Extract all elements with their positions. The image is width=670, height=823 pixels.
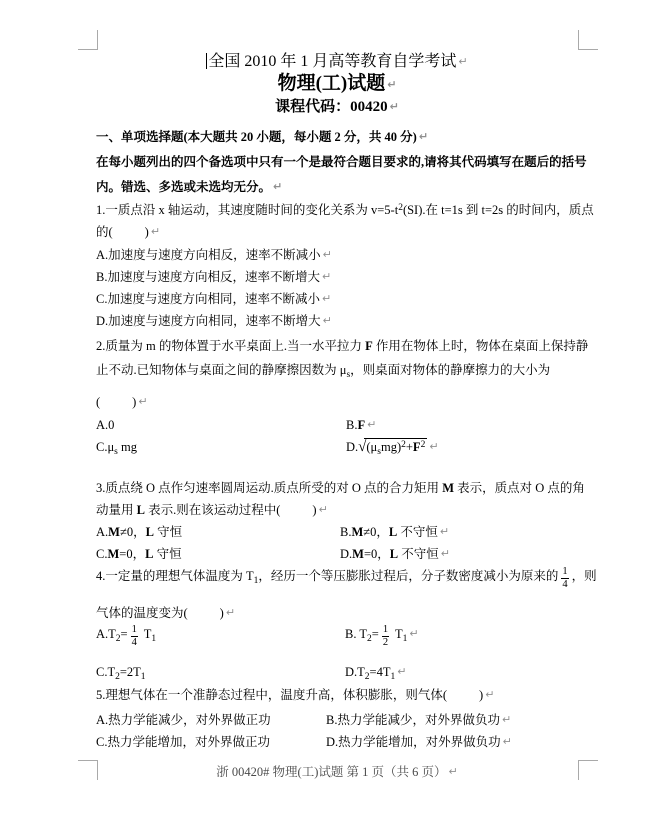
option-cell: C.M=0，L 守恒 [96, 547, 182, 561]
option-cell: C.T2=2T1 [96, 665, 146, 679]
option-cell: B.M≠0，L 不守恒↵ [340, 522, 449, 542]
return-mark: ↵ [320, 292, 331, 305]
options-row-q3r2: C.M=0，L 守恒D.M=0，L 不守恒↵ [96, 544, 578, 564]
text-run: 5.理想气体在一个准静态过程中，温度升高，体积膨胀，则气体( [96, 688, 447, 702]
text-run: =0， [364, 547, 390, 561]
text-run: 气体的温度变为( [96, 606, 188, 620]
question-q2p: ()↵ [96, 392, 578, 412]
text-run: B.加速度与速度方向相反，速率不断增大 [96, 270, 320, 284]
question-q2s2: 止不动.已知物体与桌面之间的静摩擦因数为 μs，则桌面对物体的静摩擦力的大小为 [96, 360, 578, 380]
option-cell: B. T2=12 T1↵ [345, 624, 419, 649]
options-row-q4r2: C.T2=2T1D.T2=4T1↵ [96, 662, 578, 682]
text-run: ≠0， [363, 525, 389, 539]
text-run: ) [312, 503, 316, 517]
text-run: ，经历一个等压膨胀过程后，分子数密度减小为原来的 [258, 569, 558, 583]
radicand: (μsmg)2+F2 [364, 438, 427, 458]
return-mark: ↵ [446, 765, 457, 778]
text-run: C.T [96, 665, 115, 679]
options-row-q5r1: A.热力学能减少，对外界做正功B.热力学能减少，对外界做负功↵ [96, 710, 578, 730]
text-run: = [372, 627, 379, 641]
text-run: C.加速度与速度方向相同，速率不断减小 [96, 292, 320, 306]
text-run: A.T [96, 627, 116, 641]
text-run: ，则 [572, 569, 597, 583]
option-cell: C.热力学能增加，对外界做正功 [96, 735, 270, 749]
text-run: mg [118, 440, 137, 454]
text-run: =2T [120, 665, 141, 679]
option-cell: A.0 [96, 418, 114, 432]
option-cell: B.F↵ [346, 415, 376, 435]
paper-title-text: 物理(工)试题 [278, 73, 386, 94]
text-run: A. [96, 525, 108, 539]
option-q1C: C.加速度与速度方向相同，速率不断减小↵ [96, 289, 578, 309]
fraction-numerator: 1 [382, 624, 389, 636]
text-run: A.加速度与速度方向相反，速率不断减小 [96, 248, 321, 262]
text-run: D. [340, 547, 352, 561]
page-footer-text: 浙 00420# 物理(工)试题 第 1 页（共 6 页） [216, 765, 446, 779]
exam-title-text: 全国 2010 年 1 月高等教育自学考试 [208, 53, 456, 70]
text-run: ( [96, 395, 100, 409]
return-mark: ↵ [320, 270, 331, 283]
paper-title: 物理(工)试题↵ [96, 72, 578, 96]
text-run: B.热力学能减少，对外界做负功 [326, 713, 500, 727]
section-heading-head: 一、单项选择题(本大题共 20 小题，每小题 2 分，共 40 分)↵ [96, 127, 578, 147]
fraction: 14 [131, 624, 138, 648]
option-cell: C.μs mg [96, 440, 137, 454]
bold-symbol: M [351, 525, 363, 539]
return-mark: ↵ [456, 55, 467, 68]
fraction: 14 [561, 566, 568, 590]
text-run: C.μ [96, 440, 114, 454]
bold-symbol: L [389, 525, 397, 539]
text-run: + [406, 440, 413, 454]
page-footer: 浙 00420# 物理(工)试题 第 1 页（共 6 页）↵ [96, 762, 578, 782]
question-q4s1: 4.一定量的理想气体温度为 T1，经历一个等压膨胀过程后，分子数密度减小为原来的… [96, 566, 578, 586]
instructions-in2: 内。错选、多选或未选均无分。↵ [96, 177, 578, 197]
text-run: 内。错选、多选或未选均无分。 [96, 180, 271, 194]
fraction-denominator: 2 [382, 636, 389, 649]
return-mark: ↵ [271, 180, 282, 193]
course-code-text: 课程代码：00420 [275, 99, 388, 115]
question-q1s2: 的()↵ [96, 222, 578, 242]
subscript: 1 [141, 672, 146, 682]
text-run: 表示，质点对 O 点的角 [454, 481, 585, 495]
option-cell: D.T2=4T1↵ [345, 662, 406, 683]
text-run: D. [346, 440, 358, 454]
bold-symbol: M [108, 525, 120, 539]
text-run: B. [346, 418, 357, 432]
return-mark: ↵ [136, 395, 147, 408]
option-q1B: B.加速度与速度方向相反，速率不断增大↵ [96, 267, 578, 287]
options-row-q5r2: C.热力学能增加，对外界做正功D.热力学能增加，对外界做负功↵ [96, 732, 578, 752]
return-mark: ↵ [500, 713, 511, 726]
text-run: C. [96, 547, 107, 561]
sqrt-expression: √(μsmg)2+F2 [358, 437, 427, 458]
option-cell: A.热力学能减少，对外界做正功 [96, 713, 271, 727]
option-q1A: A.加速度与速度方向相反，速率不断减小↵ [96, 245, 578, 265]
option-cell: D.热力学能增加，对外界做负功↵ [326, 732, 512, 752]
course-code: 课程代码：00420↵ [96, 97, 578, 117]
options-row-q2r2: C.μs mgD.√(μsmg)2+F2↵ [96, 437, 578, 457]
text-run: ，则桌面对物体的静摩擦力的大小为 [350, 363, 550, 377]
bold-symbol: L [137, 503, 145, 517]
return-mark: ↵ [365, 418, 376, 431]
return-mark: ↵ [395, 665, 406, 678]
return-mark: ↵ [438, 525, 449, 538]
return-mark: ↵ [385, 78, 396, 91]
bold-symbol: M [107, 547, 119, 561]
text-run: C.热力学能增加，对外界做正功 [96, 735, 270, 749]
text-run: 不守恒 [398, 547, 439, 561]
text-run: A.热力学能减少，对外界做正功 [96, 713, 271, 727]
bold-symbol: M [442, 481, 454, 495]
exam-title: 全国 2010 年 1 月高等教育自学考试↵ [96, 52, 578, 72]
word-document-page[interactable]: 全国 2010 年 1 月高等教育自学考试↵ 物理(工)试题↵ 课程代码：004… [0, 0, 670, 823]
bold-symbol: F [413, 440, 421, 454]
return-mark: ↵ [439, 547, 450, 560]
option-cell: A.T2=14 T1 [96, 627, 156, 641]
option-cell: D.M=0，L 不守恒↵ [340, 544, 450, 564]
superscript: 2 [421, 440, 426, 450]
subscript: 1 [151, 634, 156, 644]
return-mark: ↵ [317, 503, 328, 516]
text-run: 守恒 [153, 547, 181, 561]
instructions-in1: 在每小题列出的四个备选项中只有一个是最符合题目要求的,请将其代码填写在题后的括号 [96, 152, 578, 172]
return-mark: ↵ [388, 100, 399, 113]
question-q2s1: 2.质量为 m 的物体置于水平桌面上.当一水平拉力 F 作用在物体上时，物体在桌… [96, 336, 578, 356]
return-mark: ↵ [321, 314, 332, 327]
options-row-q2r1: A.0B.F↵ [96, 415, 578, 435]
option-cell: D.√(μsmg)2+F2↵ [346, 437, 439, 458]
text-run: B. [340, 525, 351, 539]
text-run: 在每小题列出的四个备选项中只有一个是最符合题目要求的,请将其代码填写在题后的括号 [96, 155, 587, 169]
text-run: 1.一质点沿 x 轴运动，其速度随时间的变化关系为 v=5-t [96, 203, 398, 217]
text-run: 2.质量为 m 的物体置于水平桌面上.当一水平拉力 [96, 339, 365, 353]
text-run: 表示.则在该运动过程中( [145, 503, 280, 517]
fraction-numerator: 1 [131, 624, 138, 636]
return-mark: ↵ [417, 130, 428, 143]
text-run: 4.一定量的理想气体温度为 T [96, 569, 254, 583]
text-run: D.热力学能增加，对外界做负功 [326, 735, 501, 749]
bold-symbol: F [357, 418, 365, 432]
bold-symbol: M [352, 547, 364, 561]
text-run: 守恒 [154, 525, 182, 539]
text-run: 3.质点绕 O 点作匀速率圆周运动.质点所受的对 O 点的合力矩用 [96, 481, 442, 495]
question-q3s1: 3.质点绕 O 点作匀速率圆周运动.质点所受的对 O 点的合力矩用 M 表示，质… [96, 478, 578, 498]
option-cell: B.热力学能减少，对外界做负功↵ [326, 710, 511, 730]
options-row-q4r1: A.T2=14 T1B. T2=12 T1↵ [96, 624, 578, 644]
question-q5s1: 5.理想气体在一个准静态过程中，温度升高，体积膨胀，则气体()↵ [96, 685, 578, 705]
fraction: 12 [382, 624, 389, 648]
text-run: = [121, 627, 128, 641]
option-cell: A.M≠0，L 守恒 [96, 525, 182, 539]
fraction-denominator: 4 [561, 578, 568, 591]
text-run: D.T [345, 665, 365, 679]
fraction-denominator: 4 [131, 636, 138, 649]
text-run: A.0 [96, 418, 114, 432]
text-run: (μ [366, 440, 377, 454]
text-run: =4T [370, 665, 391, 679]
question-q4s2: 气体的温度变为()↵ [96, 603, 578, 623]
bold-symbol: L [146, 525, 154, 539]
text-run: 的( [96, 225, 113, 239]
text-run: ≠0， [120, 525, 146, 539]
bold-symbol: L [390, 547, 398, 561]
return-mark: ↵ [407, 627, 418, 640]
text-run: T [141, 627, 152, 641]
return-mark: ↵ [483, 688, 494, 701]
question-q3s2: 动量用 L 表示.则在该运动过程中()↵ [96, 500, 578, 520]
return-mark: ↵ [501, 735, 512, 748]
return-mark: ↵ [224, 606, 235, 619]
fraction-numerator: 1 [561, 566, 568, 578]
text-run: 止不动.已知物体与桌面之间的静摩擦因数为 μ [96, 363, 346, 377]
return-mark: ↵ [149, 225, 160, 238]
text-run: 作用在物体上时，物体在桌面上保持静 [373, 339, 589, 353]
text-run: 不守恒 [397, 525, 438, 539]
text-run: mg) [381, 440, 401, 454]
text-run: 一、单项选择题(本大题共 20 小题，每小题 2 分，共 40 分) [96, 130, 417, 144]
text-run: D.加速度与速度方向相同，速率不断增大 [96, 314, 321, 328]
text-run: B. T [345, 627, 367, 641]
return-mark: ↵ [427, 440, 438, 453]
text-run: (SI).在 t=1s 到 t=2s 的时间内，质点 [403, 203, 594, 217]
text-run: 动量用 [96, 503, 137, 517]
option-q1D: D.加速度与速度方向相同，速率不断增大↵ [96, 311, 578, 331]
text-run: =0， [119, 547, 145, 561]
bold-symbol: F [365, 339, 373, 353]
options-row-q3r1: A.M≠0，L 守恒B.M≠0，L 不守恒↵ [96, 522, 578, 542]
question-q1s1: 1.一质点沿 x 轴运动，其速度随时间的变化关系为 v=5-t2(SI).在 t… [96, 200, 578, 220]
return-mark: ↵ [321, 248, 332, 261]
text-run: T [392, 627, 403, 641]
